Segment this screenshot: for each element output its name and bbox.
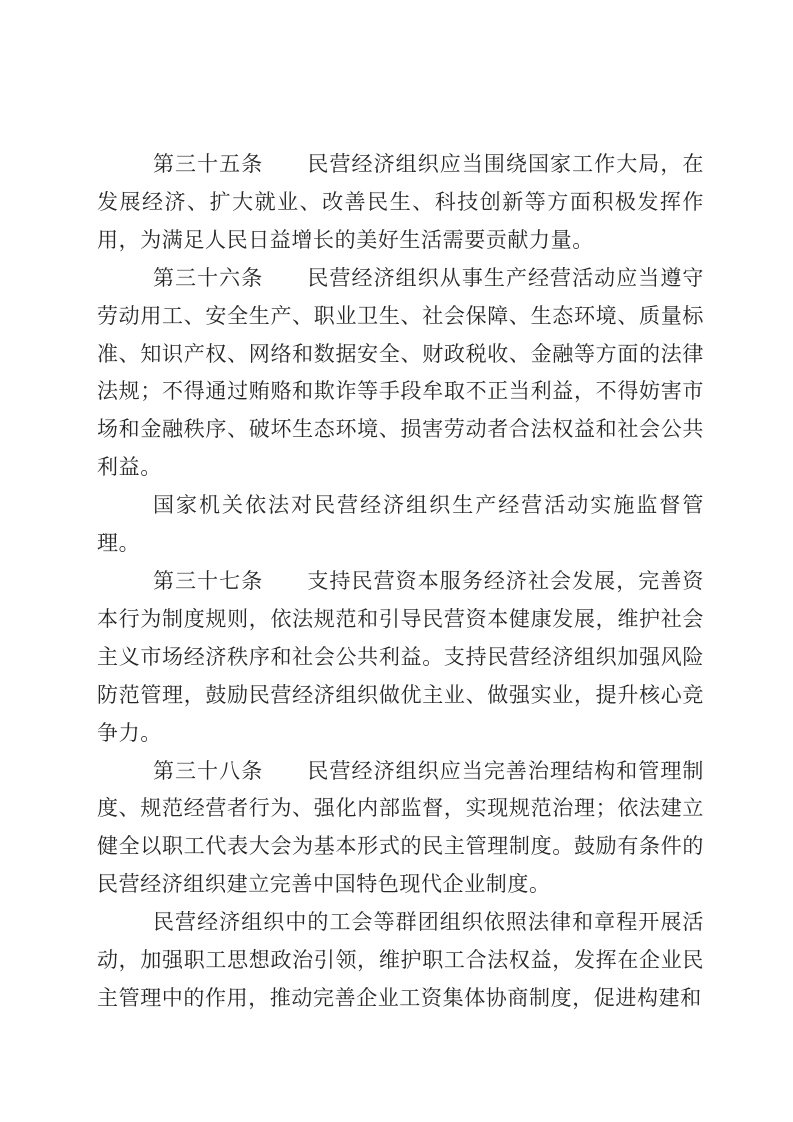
document-text-block: 第三十五条 民营经济组织应当围绕国家工作大局，在发展经济、扩大就业、改善民生、科… bbox=[97, 146, 704, 1018]
document-page: 第三十五条 民营经济组织应当围绕国家工作大局，在发展经济、扩大就业、改善民生、科… bbox=[0, 0, 793, 1122]
paragraph-article-35: 第三十五条 民营经济组织应当围绕国家工作大局，在发展经济、扩大就业、改善民生、科… bbox=[97, 146, 704, 260]
paragraph-article-38: 第三十八条 民营经济组织应当完善治理结构和管理制度、规范经营者行为、强化内部监督… bbox=[97, 753, 704, 905]
paragraph-article-36: 第三十六条 民营经济组织从事生产经营活动应当遵守劳动用工、安全生产、职业卫生、社… bbox=[97, 260, 704, 487]
paragraph-article-37: 第三十七条 支持民营资本服务经济社会发展，完善资本行为制度规则，依法规范和引导民… bbox=[97, 563, 704, 753]
paragraph-article-38-unions: 民营经济组织中的工会等群团组织依照法律和章程开展活动，加强职工思想政治引领，维护… bbox=[97, 904, 704, 1018]
paragraph-article-36-supervision: 国家机关依法对民营经济组织生产经营活动实施监督管理。 bbox=[97, 487, 704, 563]
